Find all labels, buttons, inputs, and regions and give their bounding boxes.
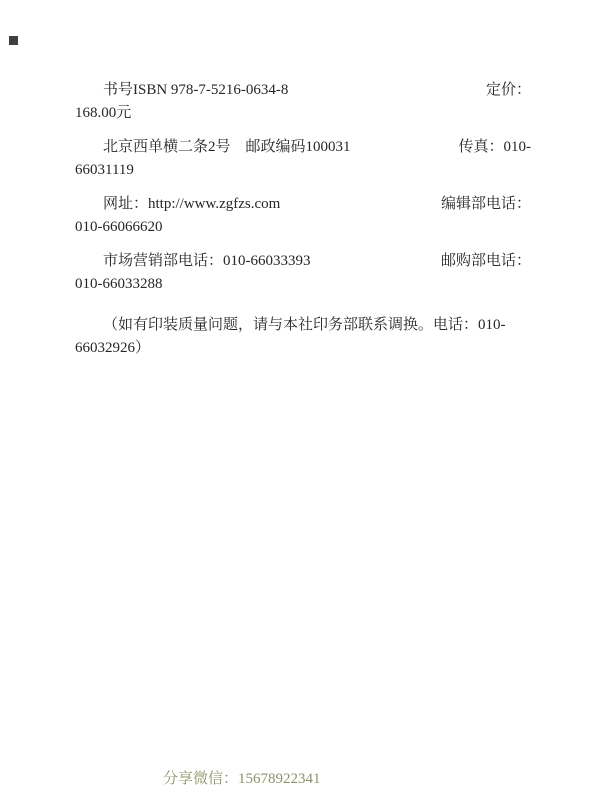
colophon-paragraph-isbn-price: 书号ISBN 978-7-5216-0634-8 定价： 168.00元 bbox=[75, 79, 531, 125]
paragraph-line: （如有印装质量问题，请与本社印务部联系调换。电话：010- bbox=[75, 314, 531, 337]
editorial-phone-label: 编辑部电话： bbox=[441, 193, 531, 216]
colophon-paragraph-website-editorial: 网址：http://www.zgfzs.com 编辑部电话： 010-66066… bbox=[75, 193, 531, 239]
price-label: 定价： bbox=[486, 79, 531, 102]
paragraph-line: 网址：http://www.zgfzs.com 编辑部电话： bbox=[75, 193, 531, 216]
paragraph-line: 市场营销部电话：010-66033393 邮购部电话： bbox=[75, 250, 531, 273]
fax-number: 66031119 bbox=[75, 159, 531, 182]
colophon-paragraph-marketing-mailorder: 市场营销部电话：010-66033393 邮购部电话： 010-66033288 bbox=[75, 250, 531, 296]
mailorder-phone-label: 邮购部电话： bbox=[441, 250, 531, 273]
paragraph-line: 北京西单横二条2号 邮政编码100031 传真：010- bbox=[75, 136, 531, 159]
colophon-block: 书号ISBN 978-7-5216-0634-8 定价： 168.00元 北京西… bbox=[75, 79, 531, 371]
mailorder-phone-number: 010-66033288 bbox=[75, 273, 531, 296]
colophon-paragraph-quality-notice: （如有印装质量问题，请与本社印务部联系调换。电话：010- 66032926） bbox=[75, 314, 531, 360]
colophon-paragraph-address-fax: 北京西单横二条2号 邮政编码100031 传真：010- 66031119 bbox=[75, 136, 531, 182]
quality-notice-phone: 66032926） bbox=[75, 337, 531, 360]
wechat-watermark: 分享微信：15678922341 bbox=[163, 768, 321, 790]
document-page: 书号ISBN 978-7-5216-0634-8 定价： 168.00元 北京西… bbox=[0, 0, 612, 792]
price-value: 168.00元 bbox=[75, 102, 531, 125]
marketing-phone-text: 市场营销部电话：010-66033393 bbox=[103, 250, 311, 273]
quality-notice-text: （如有印装质量问题，请与本社印务部联系调换。电话：010- bbox=[103, 314, 506, 337]
website-text: 网址：http://www.zgfzs.com bbox=[103, 193, 280, 216]
fax-label: 传真：010- bbox=[459, 136, 532, 159]
page-corner-mark bbox=[9, 36, 18, 45]
paragraph-line: 书号ISBN 978-7-5216-0634-8 定价： bbox=[75, 79, 531, 102]
editorial-phone-number: 010-66066620 bbox=[75, 216, 531, 239]
isbn-text: 书号ISBN 978-7-5216-0634-8 bbox=[103, 79, 288, 102]
address-text: 北京西单横二条2号 邮政编码100031 bbox=[103, 136, 351, 159]
